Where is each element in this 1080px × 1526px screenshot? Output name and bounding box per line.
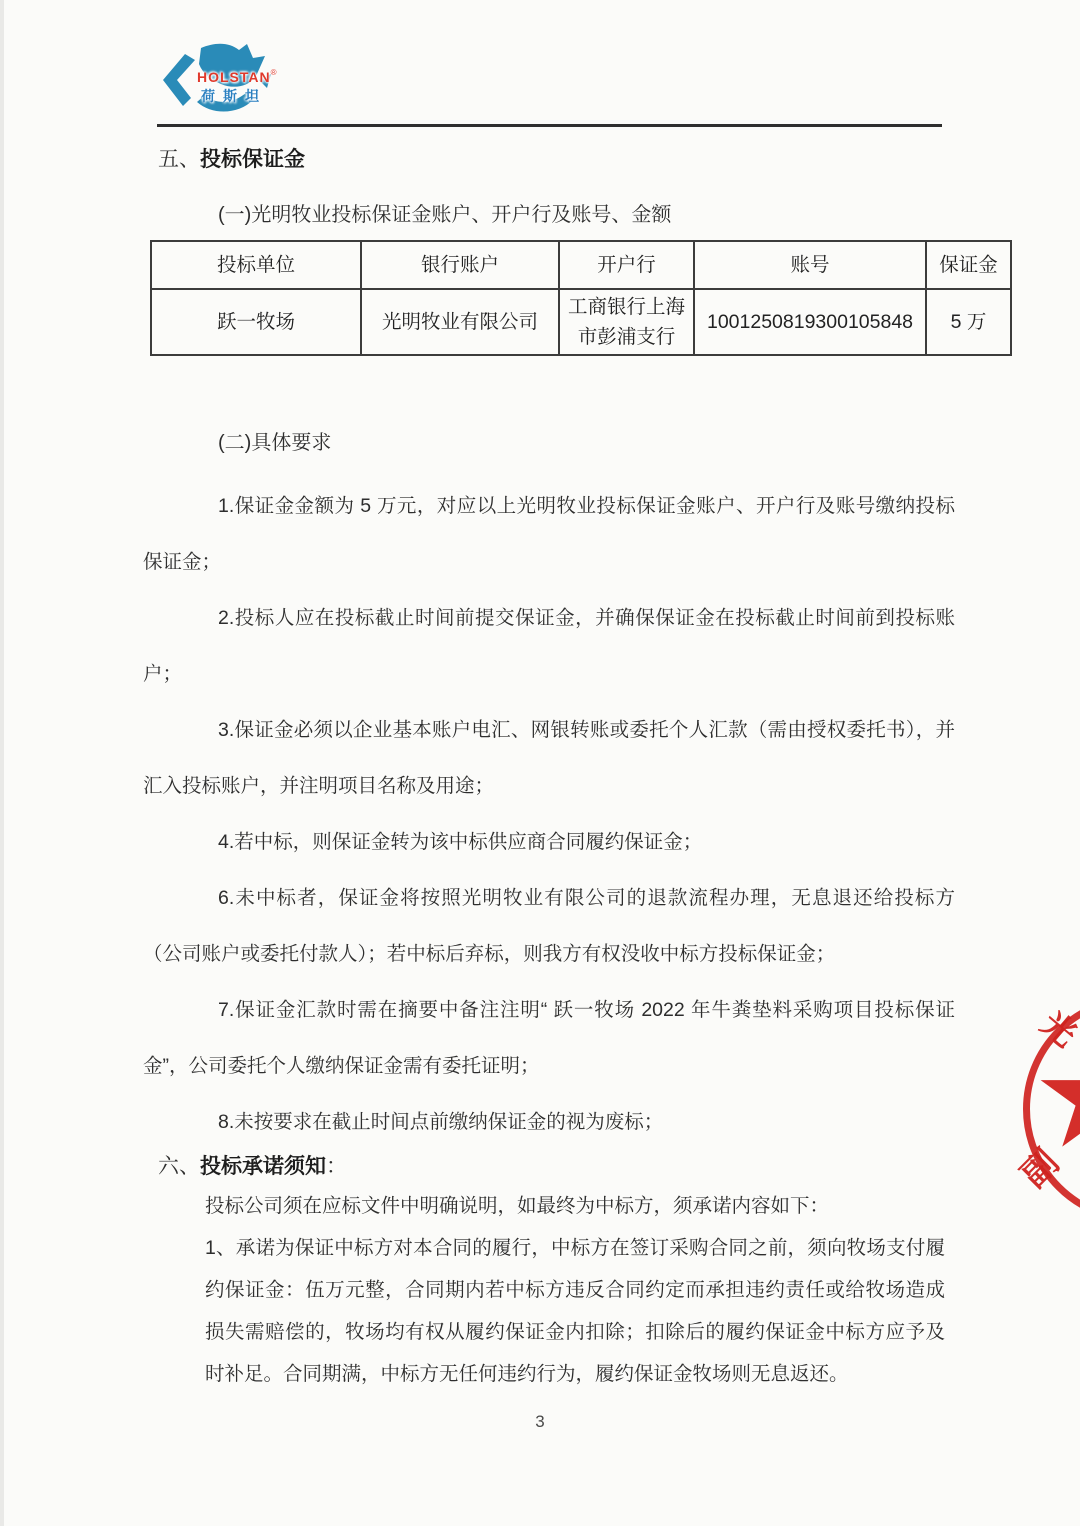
section-6-title: 投标承诺须知 bbox=[200, 1155, 326, 1178]
deposit-account-table: 投标单位 银行账户 开户行 账号 保证金 跃一牧场 光明牧业有限公司 工商银行上… bbox=[150, 240, 1012, 356]
section-5-title: 投标保证金 bbox=[200, 148, 305, 171]
document-page: { "logo": { "brand": "HOLSTAN", "reg": "… bbox=[0, 0, 1080, 1526]
section-5-subheading-1: (一)光明牧业投标保证金账户、开户行及账号、金额 bbox=[218, 198, 671, 227]
registered-mark-icon: ® bbox=[271, 68, 278, 77]
section-6-colon: ： bbox=[326, 1155, 347, 1178]
seal-character-bottom: 副 bbox=[1008, 1137, 1068, 1197]
header-account-number: 账号 bbox=[694, 241, 926, 289]
table-row: 跃一牧场 光明牧业有限公司 工商银行上海市彭浦支行 10012508193001… bbox=[151, 289, 1011, 355]
requirement-item-4: 4.若中标，则保证金转为该中标供应商合同履约保证金； bbox=[143, 814, 955, 870]
brand-name-chinese: 荷斯坦 bbox=[201, 86, 267, 106]
cell-deposit: 5 万 bbox=[926, 289, 1011, 355]
cell-opening-bank: 工商银行上海市彭浦支行 bbox=[559, 289, 694, 355]
page-number: 3 bbox=[0, 1412, 1080, 1432]
section-6-paragraph-1: 投标公司须在应标文件中明确说明，如最终为中标方，须承诺内容如下： bbox=[205, 1185, 945, 1227]
seal-character-top: 光 bbox=[1033, 999, 1080, 1056]
section-6-number: 六、 bbox=[158, 1155, 200, 1178]
company-logo: HOLSTAN® 荷斯坦 bbox=[155, 38, 325, 122]
cell-account-number: 1001250819300105848 bbox=[694, 289, 926, 355]
requirement-item-6: 6.未中标者，保证金将按照光明牧业有限公司的退款流程办理，无息退还给投标方（公司… bbox=[143, 870, 955, 982]
requirement-item-8: 8.未按要求在截止时间点前缴纳保证金的视为废标； bbox=[143, 1094, 955, 1150]
seal-ring bbox=[1023, 995, 1080, 1223]
requirement-item-7: 7.保证金汇款时需在摘要中备注注明“ 跃一牧场 2022 年牛粪垫料采购项目投标… bbox=[143, 982, 955, 1094]
section-5-subheading-2: (二)具体要求 bbox=[218, 426, 331, 455]
header-bank-account: 银行账户 bbox=[361, 241, 559, 289]
header-bidder-unit: 投标单位 bbox=[151, 241, 361, 289]
table-header-row: 投标单位 银行账户 开户行 账号 保证金 bbox=[151, 241, 1011, 289]
requirement-item-3: 3.保证金必须以企业基本账户电汇、网银转账或委托个人汇款（需由授权委托书），并汇… bbox=[143, 702, 955, 814]
section-6-body: 投标公司须在应标文件中明确说明，如最终为中标方，须承诺内容如下： 1、承诺为保证… bbox=[205, 1185, 945, 1395]
header-divider bbox=[157, 124, 942, 127]
header-deposit: 保证金 bbox=[926, 241, 1011, 289]
requirement-item-2: 2.投标人应在投标截止时间前提交保证金，并确保保证金在投标截止时间前到投标账户； bbox=[143, 590, 955, 702]
cell-bank-account: 光明牧业有限公司 bbox=[361, 289, 559, 355]
brand-text: HOLSTAN bbox=[197, 69, 271, 85]
section-5-number: 五、 bbox=[158, 148, 200, 171]
cell-bidder-unit: 跃一牧场 bbox=[151, 289, 361, 355]
header-opening-bank: 开户行 bbox=[559, 241, 694, 289]
section-5-heading: 五、投标保证金 bbox=[158, 143, 305, 173]
section-6-heading: 六、投标承诺须知： bbox=[158, 1150, 347, 1180]
requirement-item-1: 1.保证金金额为 5 万元，对应以上光明牧业投标保证金账户、开户行及账号缴纳投标… bbox=[143, 478, 955, 590]
section-6-paragraph-2: 1、承诺为保证中标方对本合同的履行，中标方在签订采购合同之前，须向牧场支付履约保… bbox=[205, 1227, 945, 1395]
page-edge-shadow bbox=[0, 0, 4, 1526]
brand-name: HOLSTAN® bbox=[197, 68, 278, 85]
seal-star-icon: ★ bbox=[1031, 1022, 1080, 1170]
requirement-items: 1.保证金金额为 5 万元，对应以上光明牧业投标保证金账户、开户行及账号缴纳投标… bbox=[143, 478, 955, 1150]
